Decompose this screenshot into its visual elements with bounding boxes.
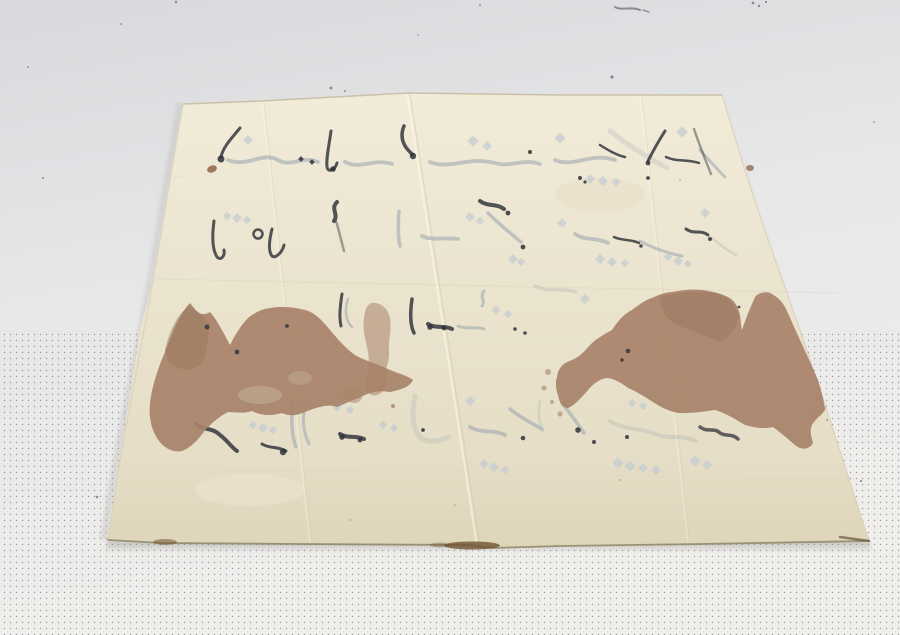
photo-of-stained-manuscript (0, 0, 900, 635)
photo-canvas (0, 0, 900, 635)
